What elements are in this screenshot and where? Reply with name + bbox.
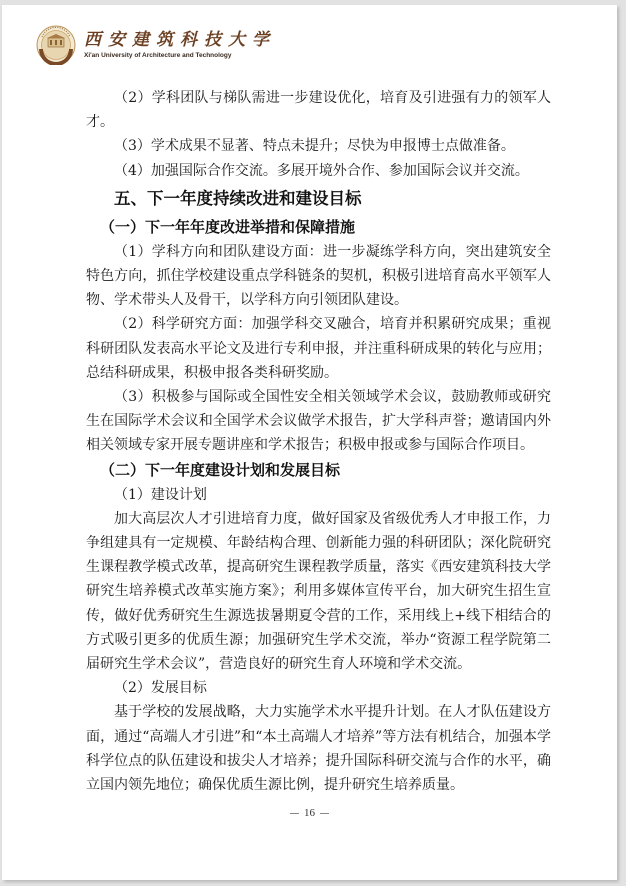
- paragraph-issue-3: （3）学术成果不显著、特点未提升；尽快为申报博士点做准备。: [86, 134, 551, 158]
- paragraph-plan: 加大高层次人才引进培育力度，做好国家及省级优秀人才申报工作，力争组建具有一定规模…: [86, 507, 551, 676]
- page-header: 西安建筑科技大学 Xi'an University of Architectur…: [36, 25, 276, 65]
- document-body: （2）学科团队与梯队需进一步建设优化，培育及引进强有力的领军人才。 （3）学术成…: [86, 86, 551, 797]
- dash-left: [290, 813, 299, 815]
- page-number: 16: [304, 807, 315, 819]
- paragraph-measure-3: （3）积极参与国际或全国性安全相关领域学术会议，鼓励教师或研究生在国际学术会议和…: [86, 385, 551, 458]
- item-label-plan: （1）建设计划: [86, 483, 551, 507]
- paragraph-measure-1: （1）学科方向和团队建设方面：进一步凝练学科方向，突出建筑安全特色方向，抓住学校…: [86, 240, 551, 313]
- paragraph-issue-4: （4）加强国际合作交流。多展开境外合作、参加国际会议并交流。: [86, 159, 551, 183]
- paragraph-issue-2: （2）学科团队与梯队需进一步建设优化，培育及引进强有力的领军人才。: [86, 86, 551, 134]
- dash-right: [320, 813, 329, 815]
- university-name-cn: 西安建筑科技大学: [84, 30, 276, 50]
- page-footer: 16: [2, 807, 617, 819]
- paragraph-goals: 基于学校的发展战略，大力实施学术水平提升计划。在人才队伍建设方面，通过“高端人才…: [86, 700, 551, 797]
- paragraph-measure-2: （2）科学研究方面：加强学科交叉融合，培育并积累研究成果；重视科研团队发表高水平…: [86, 312, 551, 385]
- item-label-goals: （2）发展目标: [86, 676, 551, 700]
- university-name-en: Xi'an University of Architecture and Tec…: [84, 51, 276, 60]
- subsection-heading-1: （一）下一年年度改进举措和保障措施: [86, 215, 551, 240]
- subsection-heading-2: （二）下一年度建设计划和发展目标: [86, 458, 551, 483]
- university-seal-icon: [36, 25, 76, 65]
- section-heading-5: 五、下一年度持续改进和建设目标: [86, 185, 551, 213]
- document-page: 西安建筑科技大学 Xi'an University of Architectur…: [2, 5, 617, 880]
